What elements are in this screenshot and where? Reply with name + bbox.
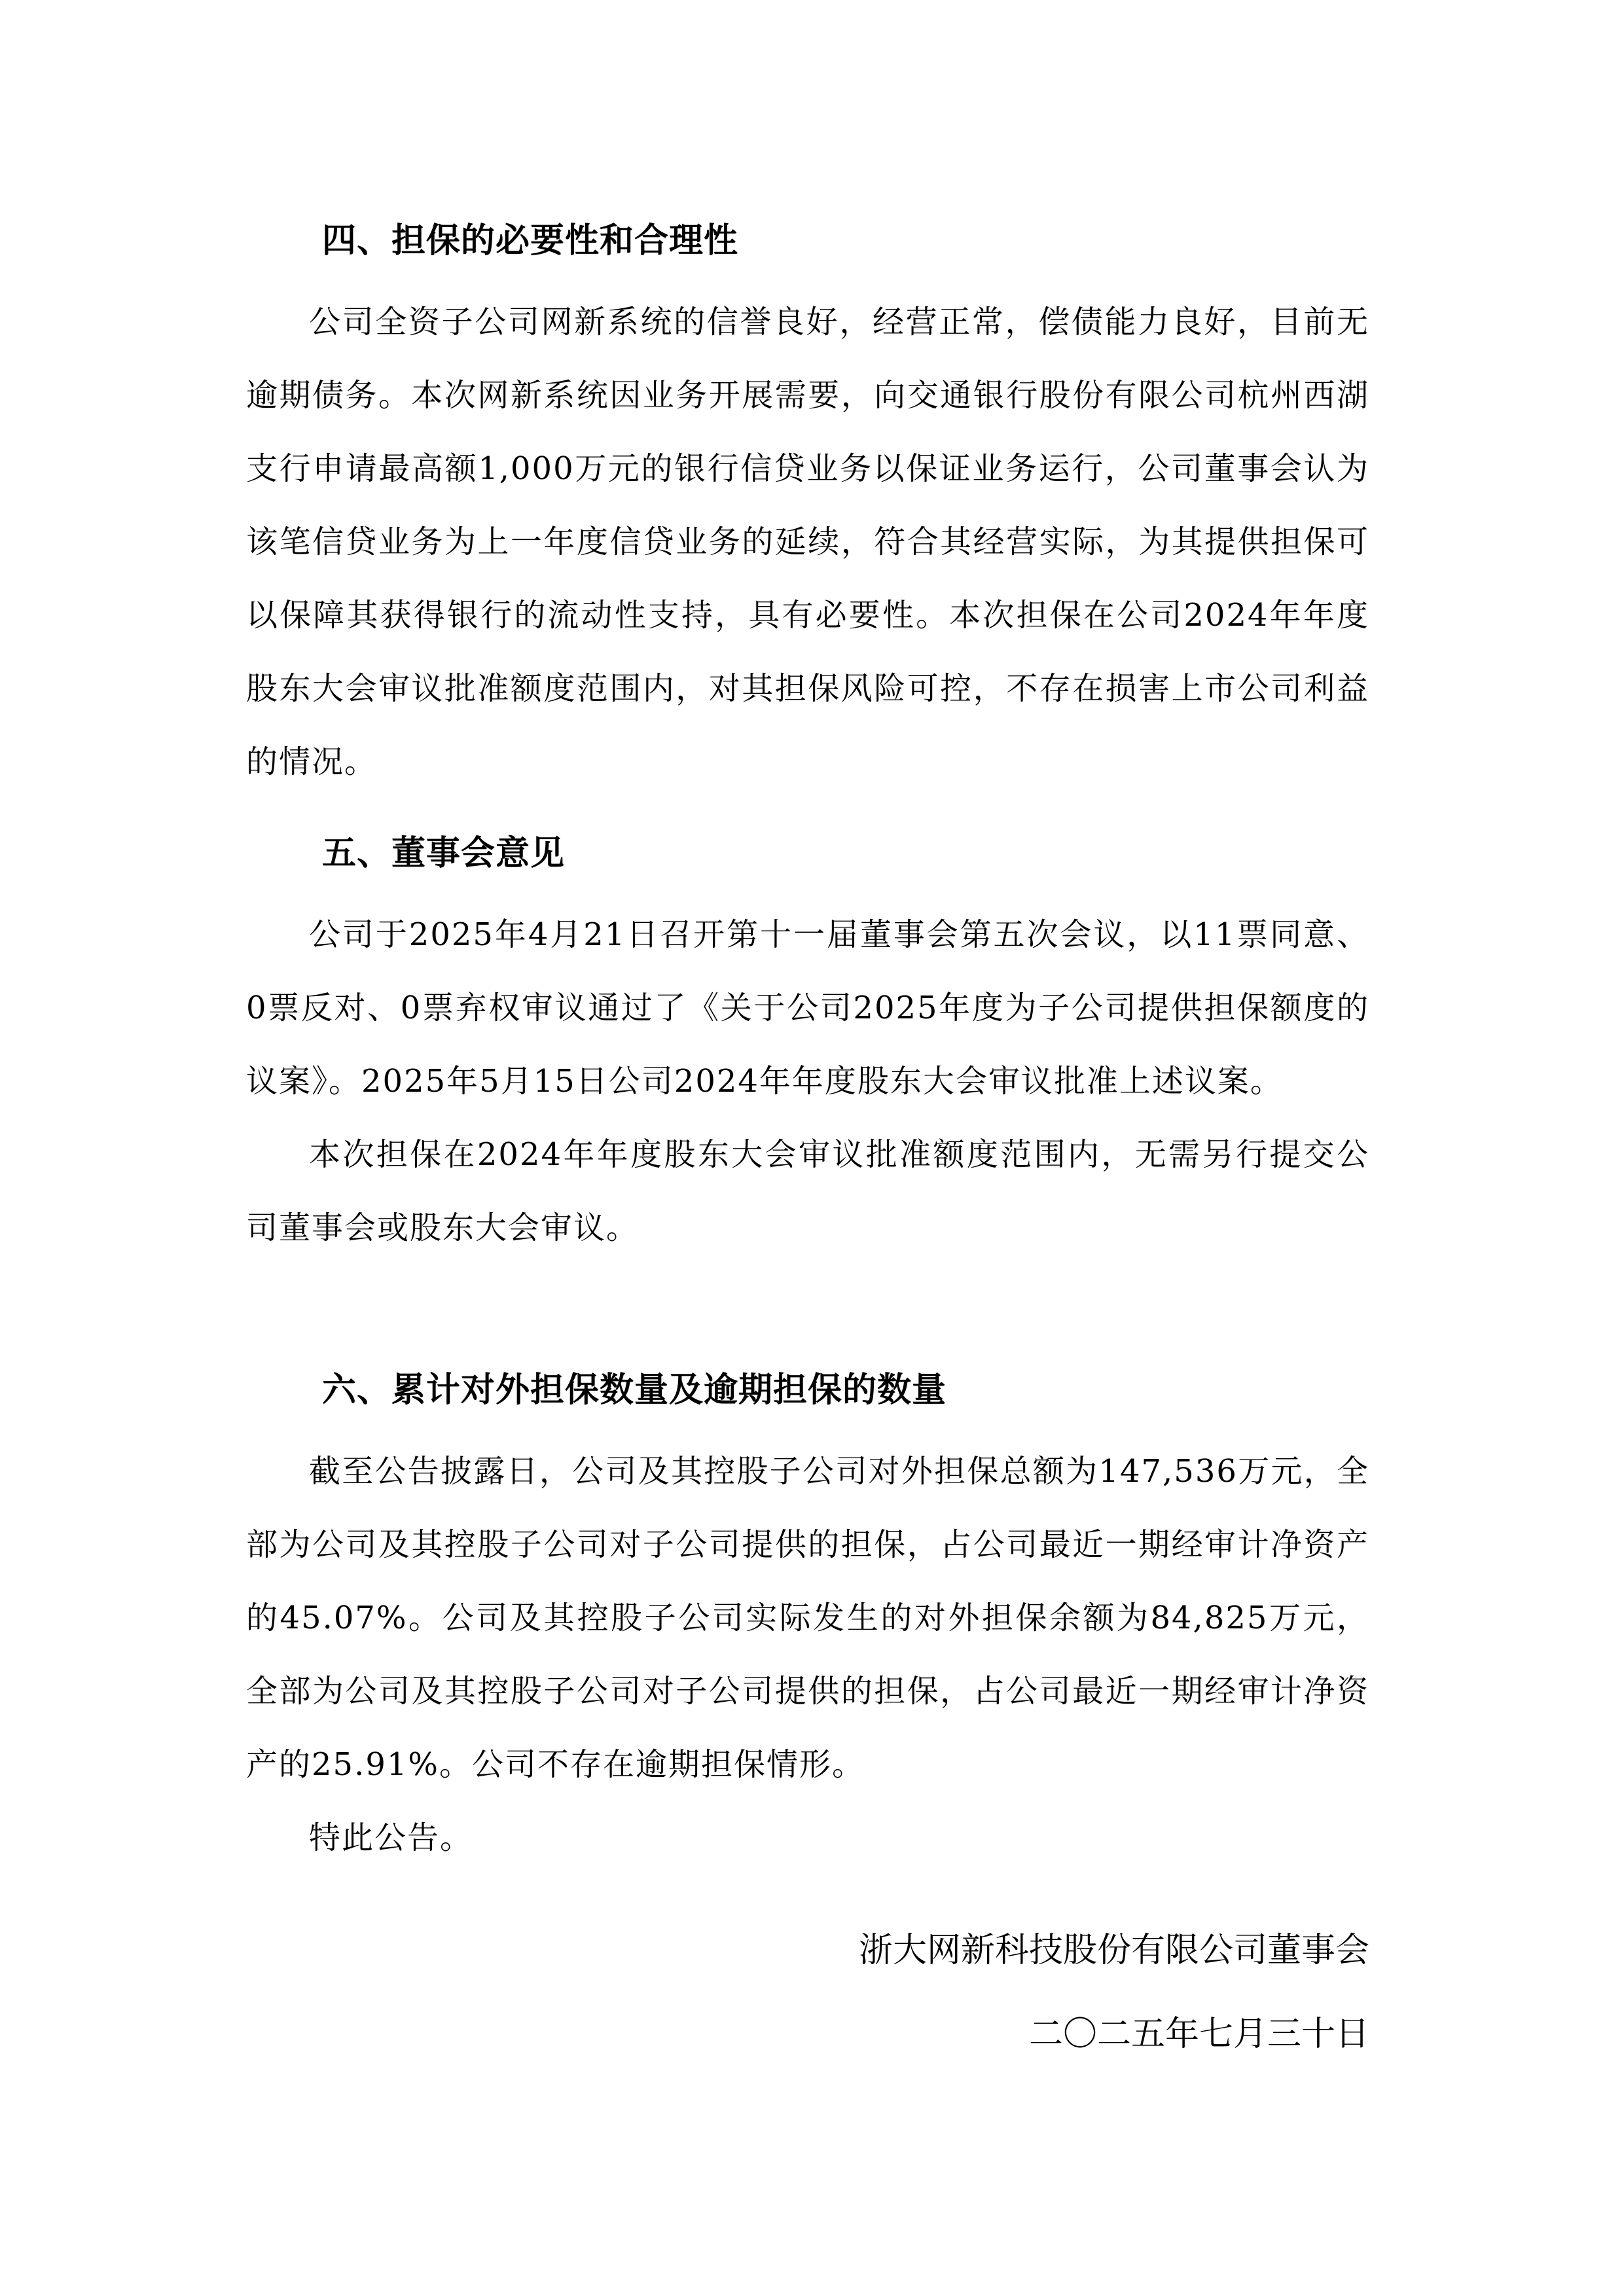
paragraph-closing: 特此公告。 <box>246 1801 1369 1874</box>
section-heading-necessity: 四、担保的必要性和合理性 <box>322 221 738 260</box>
paragraph-board-meeting: 公司于2025年4月21日召开第十一届董事会第五次会议，以11票同意、0票反对、… <box>246 898 1369 1118</box>
section-heading-board-opinion: 五、董事会意见 <box>322 834 565 873</box>
paragraph-guarantee-totals: 截至公告披露日，公司及其控股子公司对外担保总额为147,536万元，全部为公司及… <box>246 1435 1369 1801</box>
signature-company: 浙大网新科技股份有限公司董事会 <box>859 1931 1369 1970</box>
paragraph-approval-scope: 本次担保在2024年年度股东大会审议批准额度范围内，无需另行提交公司董事会或股东… <box>246 1118 1369 1265</box>
section-heading-cumulative-guarantee: 六、累计对外担保数量及逾期担保的数量 <box>322 1371 947 1410</box>
paragraph-necessity: 公司全资子公司网新系统的信誉良好，经营正常，偿债能力良好，目前无逾期债务。本次网… <box>246 285 1369 798</box>
signature-date: 二〇二五年七月三十日 <box>1029 2015 1369 2054</box>
